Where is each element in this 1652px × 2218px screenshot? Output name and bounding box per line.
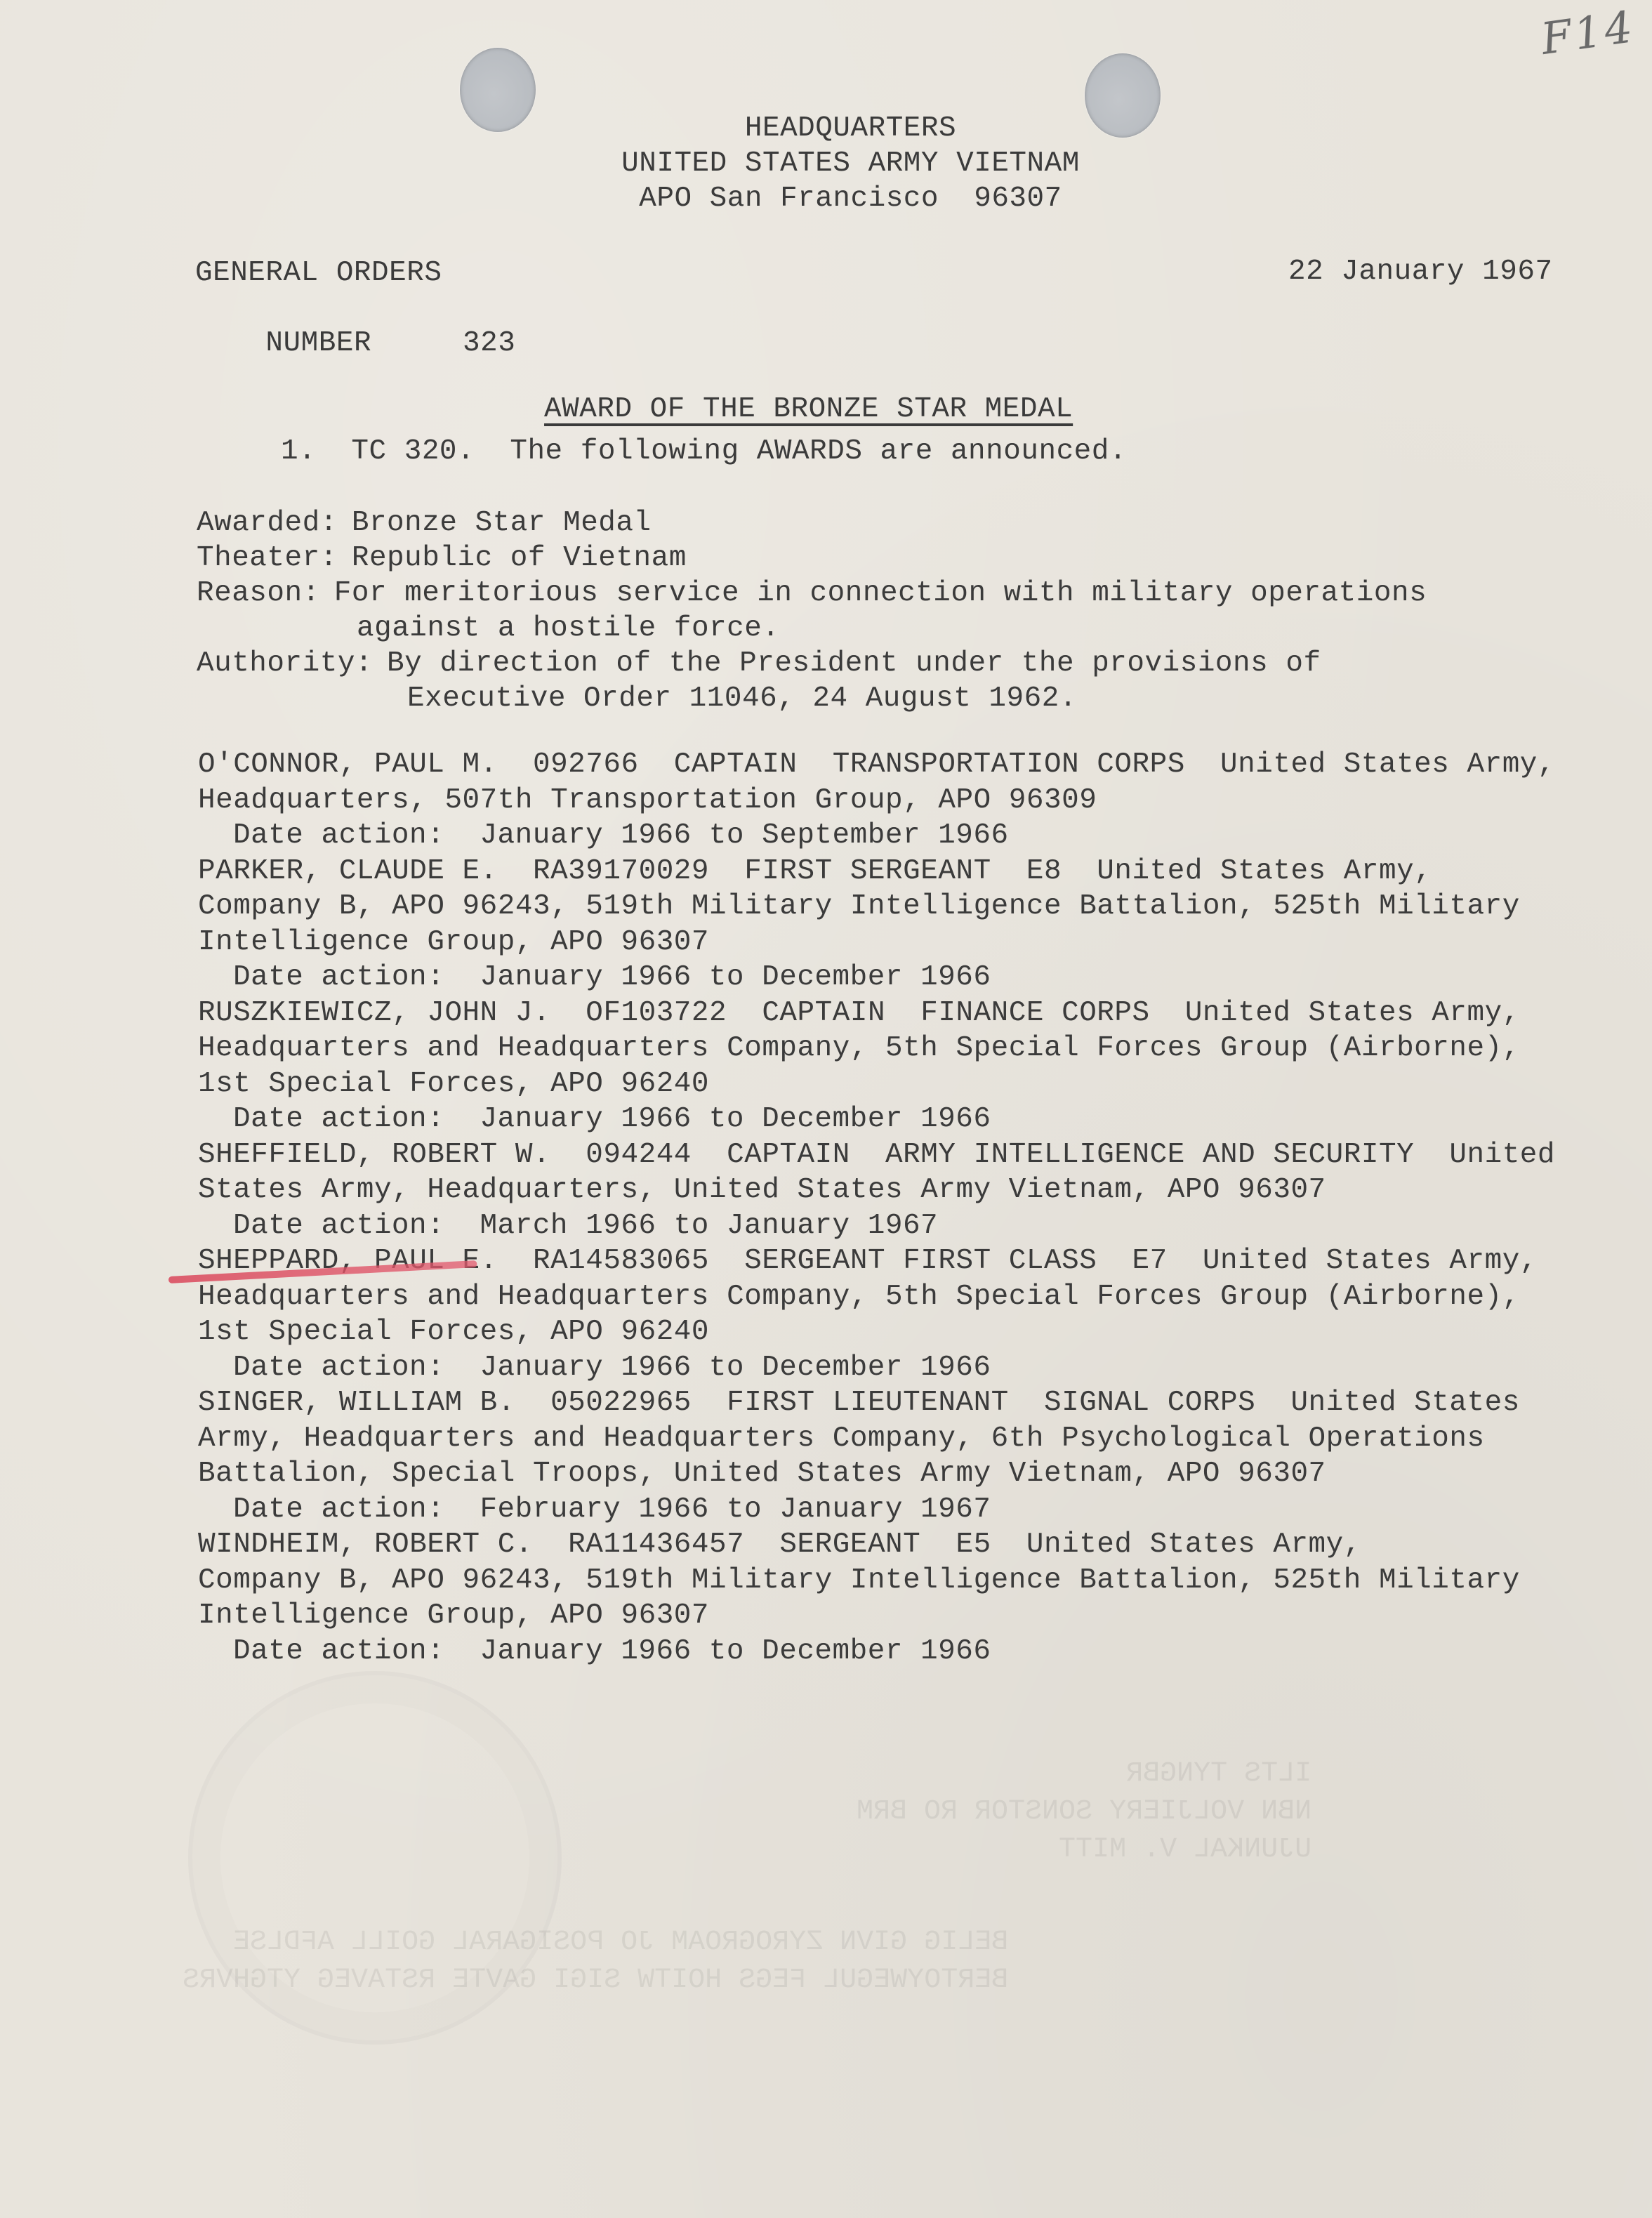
recipient-line: 1st Special Forces, APO 96240 bbox=[198, 1067, 1532, 1102]
document-title: AWARD OF THE BRONZE STAR MEDAL bbox=[0, 357, 1652, 427]
recipients-list: O'CONNOR, PAUL M. 092766 CAPTAIN TRANSPO… bbox=[198, 747, 1532, 1669]
header-address: APO San Francisco 96307 bbox=[0, 181, 1652, 216]
recipient-line: SINGER, WILLIAM B. 05022965 FIRST LIEUTE… bbox=[198, 1385, 1532, 1421]
recipient-line: Headquarters and Headquarters Company, 5… bbox=[198, 1031, 1532, 1067]
recipient-line: PARKER, CLAUDE E. RA39170029 FIRST SERGE… bbox=[198, 854, 1532, 890]
authority-label: Authority: bbox=[197, 646, 373, 681]
document-header: HEADQUARTERS UNITED STATES ARMY VIETNAM … bbox=[0, 111, 1652, 216]
header-unit: UNITED STATES ARMY VIETNAM bbox=[0, 146, 1652, 181]
header-headquarters: HEADQUARTERS bbox=[0, 111, 1652, 146]
recipient-date-action: Date action: January 1966 to December 19… bbox=[198, 1102, 1532, 1137]
recipient-line: Company B, APO 96243, 519th Military Int… bbox=[198, 1563, 1532, 1599]
recipient-entry: SHEFFIELD, ROBERT W. 094244 CAPTAIN ARMY… bbox=[198, 1137, 1532, 1244]
awarded-value: Bronze Star Medal bbox=[352, 506, 652, 541]
intro-paragraph: 1. TC 320. The following AWARDS are anno… bbox=[281, 434, 1127, 469]
reason-value: For meritorious service in connection wi… bbox=[334, 576, 1427, 611]
awarded-row: Awarded: Bronze Star Medal bbox=[197, 506, 1427, 541]
recipient-line: SHEFFIELD, ROBERT W. 094244 CAPTAIN ARMY… bbox=[198, 1137, 1532, 1173]
reason-row: Reason: For meritorious service in conne… bbox=[197, 576, 1427, 611]
recipient-entry: RUSZKIEWICZ, JOHN J. OF103722 CAPTAIN FI… bbox=[198, 996, 1532, 1137]
theater-label: Theater: bbox=[197, 541, 338, 576]
title-text: AWARD OF THE BRONZE STAR MEDAL bbox=[544, 392, 1073, 427]
recipient-line: Headquarters and Headquarters Company, 5… bbox=[198, 1279, 1532, 1315]
authority-row: Authority: By direction of the President… bbox=[197, 646, 1427, 681]
authority-continuation-row: Executive Order 11046, 24 August 1962. bbox=[197, 681, 1427, 716]
recipient-line: Intelligence Group, APO 96307 bbox=[198, 1598, 1532, 1634]
reason-value-continued: against a hostile force. bbox=[357, 611, 780, 646]
recipient-line: States Army, Headquarters, United States… bbox=[198, 1173, 1532, 1208]
orders-date: 22 January 1967 bbox=[1288, 254, 1553, 289]
award-info-block: Awarded: Bronze Star Medal Theater: Repu… bbox=[197, 506, 1427, 716]
recipient-line: 1st Special Forces, APO 96240 bbox=[198, 1314, 1532, 1350]
recipient-entry: PARKER, CLAUDE E. RA39170029 FIRST SERGE… bbox=[198, 854, 1532, 996]
recipient-line: Company B, APO 96243, 519th Military Int… bbox=[198, 889, 1532, 925]
recipient-date-action: Date action: January 1966 to December 19… bbox=[198, 1350, 1532, 1386]
recipient-date-action: Date action: January 1966 to September 1… bbox=[198, 818, 1532, 854]
recipient-date-action: Date action: January 1966 to December 19… bbox=[198, 1634, 1532, 1670]
reason-label: Reason: bbox=[197, 576, 320, 611]
recipient-line: WINDHEIM, ROBERT C. RA11436457 SERGEANT … bbox=[198, 1527, 1532, 1563]
orders-number-label: NUMBER bbox=[265, 327, 371, 359]
general-orders-label: GENERAL ORDERS bbox=[195, 256, 515, 291]
theater-row: Theater: Republic of Vietnam bbox=[197, 541, 1427, 576]
reason-continuation-row: against a hostile force. bbox=[197, 611, 1427, 646]
recipient-date-action: Date action: January 1966 to December 19… bbox=[198, 960, 1532, 996]
recipient-line: SHEPPARD, PAUL E. RA14583065 SERGEANT FI… bbox=[198, 1243, 1532, 1279]
recipient-entry: SINGER, WILLIAM B. 05022965 FIRST LIEUTE… bbox=[198, 1385, 1532, 1527]
recipient-line: Intelligence Group, APO 96307 bbox=[198, 925, 1532, 961]
recipient-line: O'CONNOR, PAUL M. 092766 CAPTAIN TRANSPO… bbox=[198, 747, 1532, 783]
awarded-label: Awarded: bbox=[197, 506, 338, 541]
authority-value: By direction of the President under the … bbox=[387, 646, 1321, 681]
bleedthrough-text: ILTS TYNGBR NBN VOLJIERY SONSTOR RO BRM … bbox=[857, 1755, 1311, 1869]
orders-number: 323 bbox=[463, 327, 515, 359]
authority-value-continued: Executive Order 11046, 24 August 1962. bbox=[407, 681, 1077, 716]
recipient-line: Army, Headquarters and Headquarters Comp… bbox=[198, 1421, 1532, 1457]
recipient-entry: O'CONNOR, PAUL M. 092766 CAPTAIN TRANSPO… bbox=[198, 747, 1532, 854]
recipient-line: RUSZKIEWICZ, JOHN J. OF103722 CAPTAIN FI… bbox=[198, 996, 1532, 1031]
theater-value: Republic of Vietnam bbox=[352, 541, 687, 576]
recipient-line: Battalion, Special Troops, United States… bbox=[198, 1456, 1532, 1492]
bleedthrough-text-lower: BELIG GIVN ZYROGROAM JO POSIGARAL GOILL … bbox=[183, 1924, 1008, 2000]
recipient-date-action: Date action: February 1966 to January 19… bbox=[198, 1492, 1532, 1528]
recipient-date-action: Date action: March 1966 to January 1967 bbox=[198, 1208, 1532, 1244]
recipient-line: Headquarters, 507th Transportation Group… bbox=[198, 783, 1532, 819]
recipient-entry: WINDHEIM, ROBERT C. RA11436457 SERGEANT … bbox=[198, 1527, 1532, 1669]
